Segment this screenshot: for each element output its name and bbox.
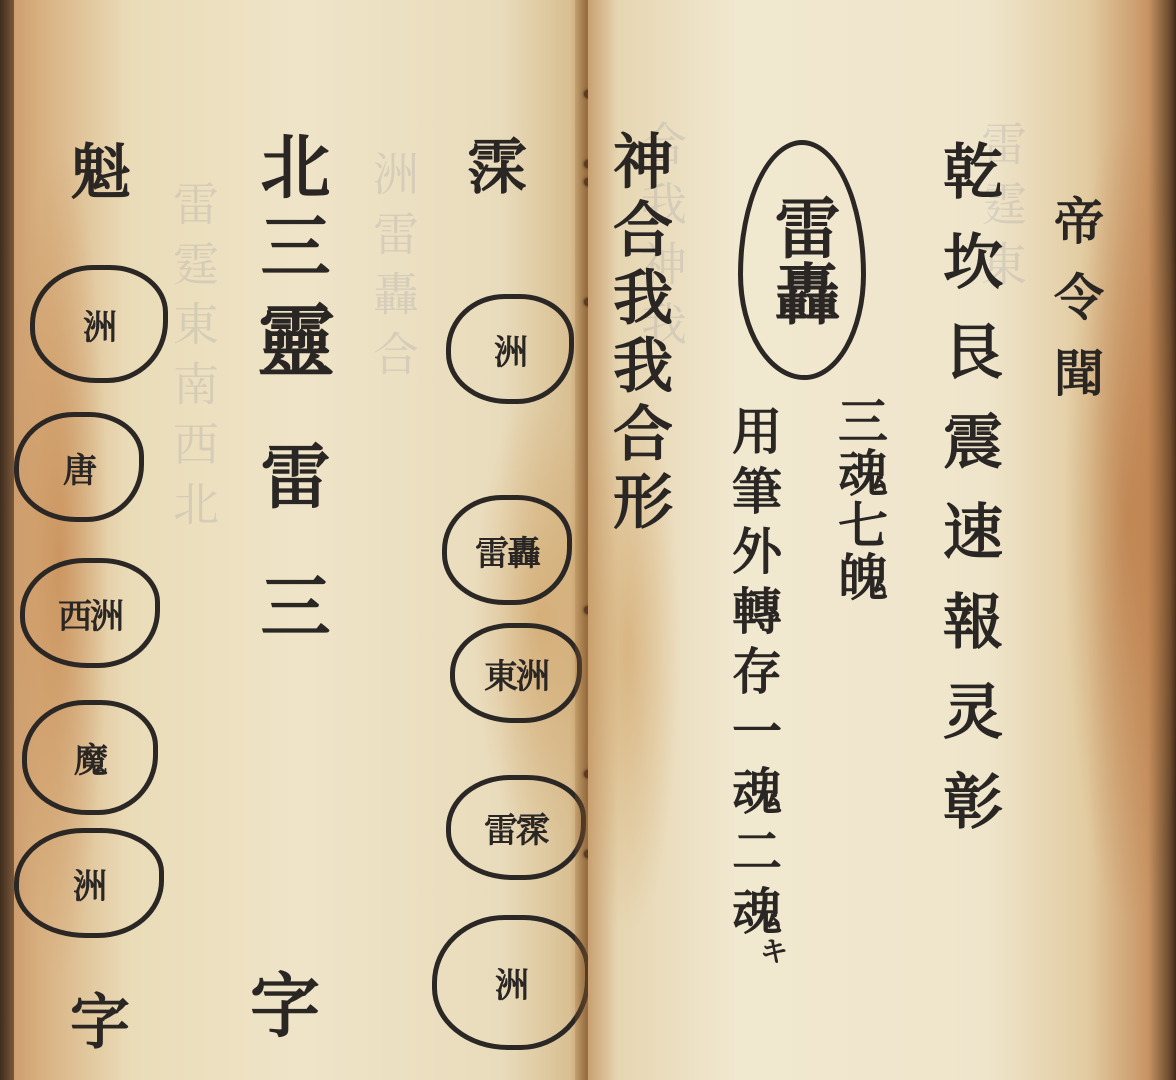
column-b-bottom: 雷三 [255, 440, 325, 700]
column-2: 乾坎艮震速報灵彰 [938, 140, 998, 860]
seal-cartouche: 洲 [432, 915, 588, 1050]
small-mark: キ [760, 930, 788, 970]
column-5: 神合我我合形 [608, 130, 668, 538]
column-1: 帝令聞 [1050, 195, 1100, 423]
column-b-middle: 靈 [250, 300, 328, 388]
seal-cartouche: 唐 [14, 412, 144, 522]
bleed-through-text: 洲雷轟合 [360, 150, 426, 390]
column-b-foot: 字 [250, 950, 320, 1051]
right-page: 合我神我 雷霆東 神合我我合形 雷轟 用筆外轉存一魂二魂 三魂七魄 キ 乾坎艮震… [588, 0, 1176, 1080]
seal-cartouche: 雷轟 [442, 495, 572, 605]
column-3: 三魂七魄 [834, 395, 884, 603]
seal-cartouche: 雷𩂯 [446, 775, 586, 880]
column-4: 用筆外轉存一魂二魂 [728, 405, 778, 945]
seal-cartouche: 洲 [446, 294, 574, 404]
manuscript-spread: 雷霆東南西北 洲雷轟合 魁 洲 唐 西洲 魔 洲 字 北三 靈 雷三 字 霂 洲… [0, 0, 1176, 1080]
column-a-head: 霂 [462, 135, 522, 199]
seal-cartouche: 東洲 [450, 623, 582, 723]
column-c-foot: 字 [70, 975, 130, 1061]
column-c-head: 魁 [66, 140, 126, 204]
seal-cartouche: 魔 [22, 700, 158, 815]
left-page: 雷霆東南西北 洲雷轟合 魁 洲 唐 西洲 魔 洲 字 北三 靈 雷三 字 霂 洲… [0, 0, 588, 1080]
book-edge [0, 0, 14, 1080]
seal-lei-hong: 雷轟 [738, 140, 866, 380]
bleed-through-text: 雷霆東南西北 [160, 180, 226, 540]
seal-cartouche: 洲 [14, 828, 164, 938]
column-b-top: 北三 [255, 130, 325, 290]
seal-cartouche: 西洲 [20, 558, 160, 668]
seal-cartouche: 洲 [30, 265, 168, 383]
